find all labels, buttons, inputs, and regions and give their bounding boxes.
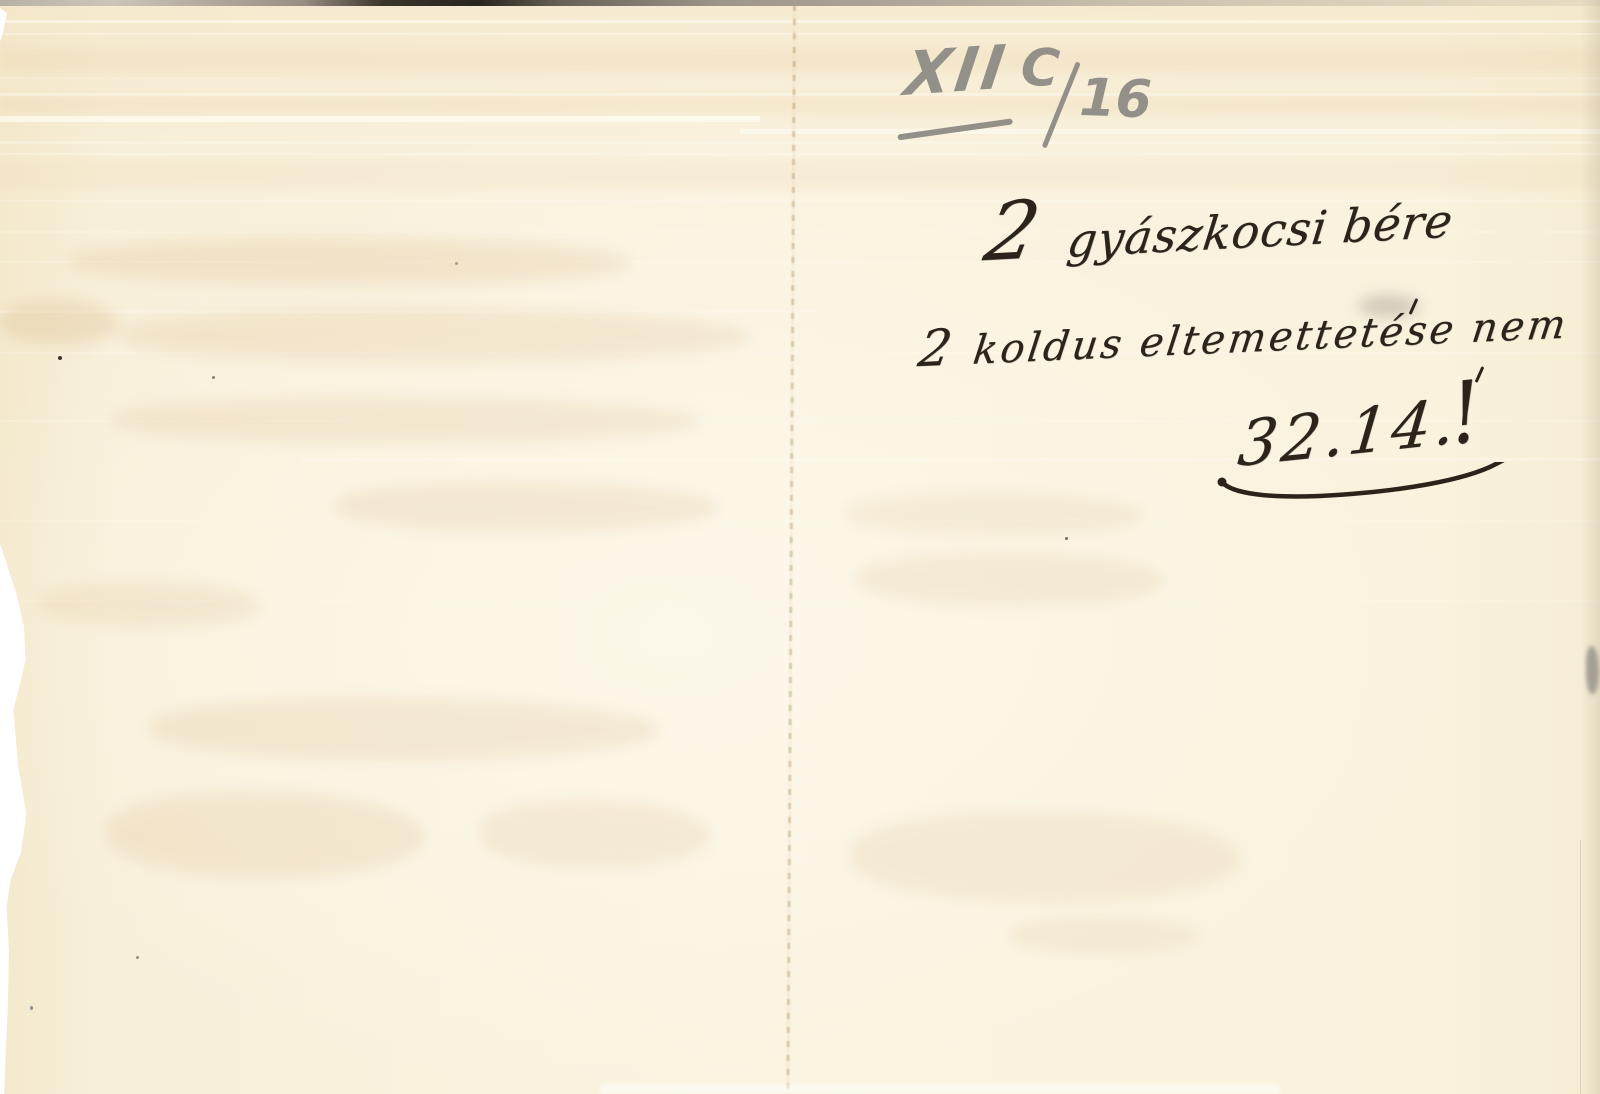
ink-bleedthrough-smudge xyxy=(40,582,260,627)
scan-edge-smudge xyxy=(1586,646,1599,694)
scan-streak xyxy=(0,600,1600,602)
scan-streak xyxy=(0,77,1600,79)
scan-streak xyxy=(0,33,1600,35)
paper-tone-band xyxy=(0,160,1600,190)
scan-streak xyxy=(0,261,1600,263)
line1-text: gyászkocsi bére xyxy=(1064,193,1456,268)
ink-bleedthrough-smudge xyxy=(480,800,710,868)
fold-crease xyxy=(786,5,796,1094)
reference-letter: C xyxy=(1019,37,1062,100)
paper-tone-band xyxy=(0,96,1600,114)
paper-speck xyxy=(212,376,215,379)
paper-speck xyxy=(136,956,139,959)
ink-bleedthrough-smudge xyxy=(845,492,1145,537)
document-scan: XII C 16 2 gyászkocsi bére 2 koldus elte… xyxy=(0,0,1600,1094)
scan-streak xyxy=(0,153,1600,155)
paper-speck xyxy=(1065,537,1068,540)
ink-bleedthrough-smudge xyxy=(855,552,1165,607)
paper-right-edge-line xyxy=(1580,840,1581,1094)
line2-text: koldus eltemettetése nem xyxy=(970,301,1571,373)
ink-bleedthrough-smudge xyxy=(120,308,750,363)
line1-numeral: 2 xyxy=(978,183,1047,280)
ink-bleedthrough-smudge xyxy=(110,398,700,443)
scan-bottom-edge xyxy=(600,1084,1280,1094)
scan-right-edge xyxy=(1580,0,1600,1094)
scan-streak xyxy=(0,20,1600,23)
scan-streak xyxy=(0,310,820,313)
reference-number: 16 xyxy=(1078,68,1152,130)
paper-speck xyxy=(30,1006,33,1010)
paper-top-tone xyxy=(0,0,1600,175)
paper-tone-band xyxy=(0,48,1600,72)
ink-bleedthrough-smudge xyxy=(105,792,425,877)
line2-numeral: 2 xyxy=(914,318,956,378)
ink-bleedthrough-smudge xyxy=(1010,918,1200,953)
archival-reference-pencil: XII C 16 xyxy=(891,24,1229,167)
paper-speck xyxy=(455,262,458,265)
scan-streak xyxy=(0,116,760,122)
reference-underline xyxy=(897,118,1013,140)
ink-bleedthrough-smudge xyxy=(335,482,720,532)
paper-speck xyxy=(58,356,62,360)
ink-bleedthrough-smudge xyxy=(850,812,1240,902)
reference-roman-numeral: XII xyxy=(900,32,1013,110)
ink-bleedthrough-smudge xyxy=(0,300,120,345)
amount-underline-flourish xyxy=(1208,462,1518,536)
scan-streak xyxy=(0,93,1600,96)
ink-bleedthrough-smudge xyxy=(70,238,630,286)
torn-left-edge xyxy=(0,545,30,1094)
ink-bleedthrough-smudge xyxy=(150,698,660,760)
scan-streak xyxy=(0,141,1600,144)
scan-top-edge xyxy=(0,0,1600,6)
torn-left-edge xyxy=(0,8,7,42)
